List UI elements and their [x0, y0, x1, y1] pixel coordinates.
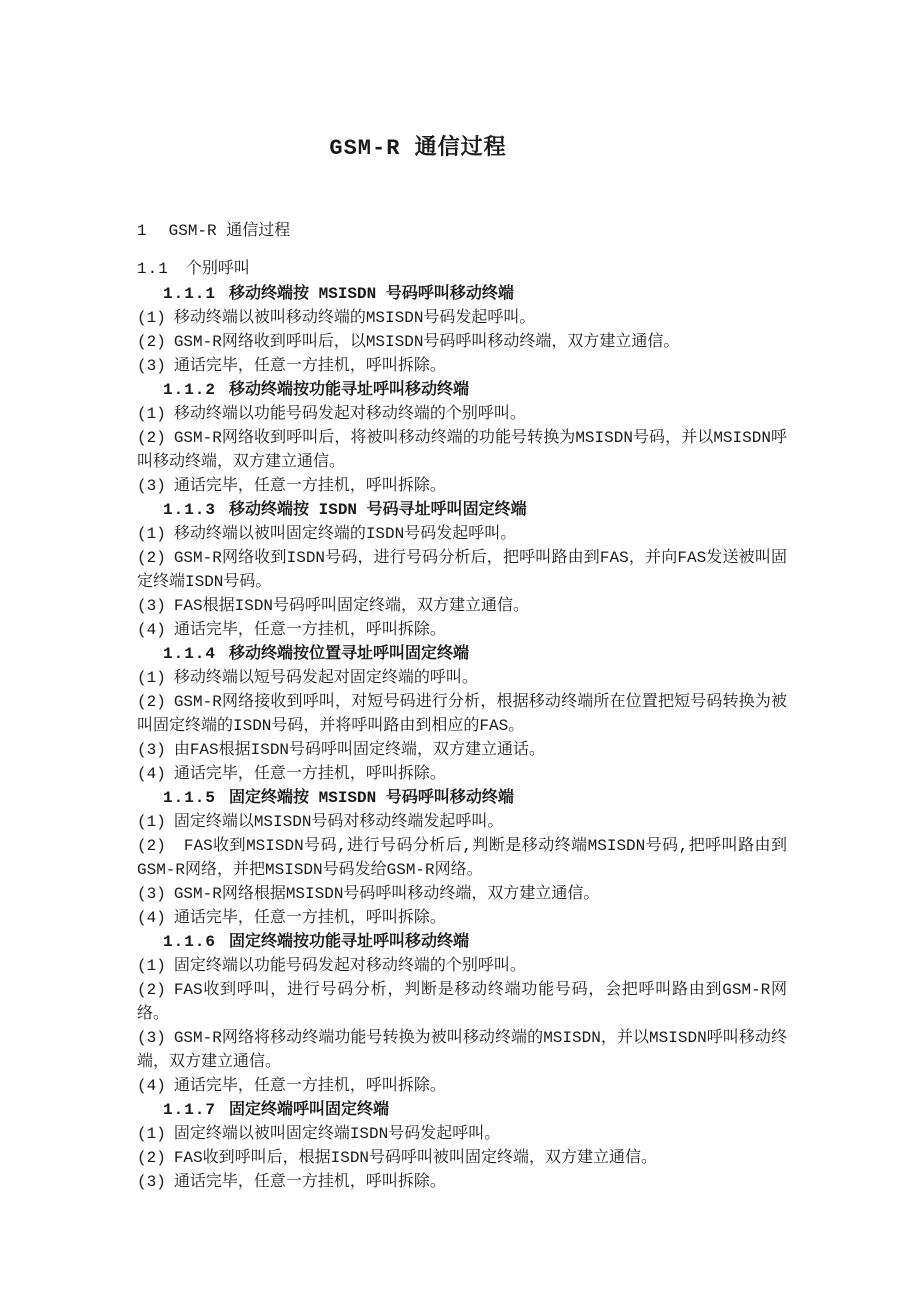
step: (1)移动终端以短号码发起对固定终端的呼叫。: [137, 666, 787, 690]
subsection-number: 1.1.1: [163, 285, 216, 303]
step: (2)GSM-R网络接收到呼叫，对短号码进行分析，根据移动终端所在位置把短号码转…: [137, 690, 787, 738]
step-label: (3): [137, 885, 166, 903]
step: (1)固定终端以功能号码发起对移动终端的个别呼叫。: [137, 954, 787, 978]
step: (3)FAS根据ISDN号码呼叫固定终端，双方建立通信。: [137, 594, 787, 618]
subsection-title: 固定终端呼叫固定终端: [229, 1101, 389, 1119]
step-text: GSM-R网络根据MSISDN号码呼叫移动终端，双方建立通信。: [174, 885, 600, 903]
subsection-heading: 1.1.3移动终端按 ISDN 号码寻址呼叫固定终端: [137, 498, 787, 522]
subsection-title: 移动终端按位置寻址呼叫固定终端: [229, 645, 469, 663]
step: (1)移动终端以被叫移动终端的MSISDN号码发起呼叫。: [137, 306, 787, 330]
step: (3)通话完毕，任意一方挂机，呼叫拆除。: [137, 1170, 787, 1194]
step: (2)GSM-R网络收到ISDN号码，进行号码分析后，把呼叫路由到FAS，并向F…: [137, 546, 787, 594]
subsection-title: 固定终端按功能寻址呼叫移动终端: [229, 933, 469, 951]
step-text: 通话完毕，任意一方挂机，呼叫拆除。: [174, 1173, 446, 1191]
step-text: 移动终端以被叫移动终端的MSISDN号码发起呼叫。: [174, 309, 536, 327]
step-label: (2): [137, 693, 166, 711]
subsection-heading: 1.1.1移动终端按 MSISDN 号码呼叫移动终端: [137, 282, 787, 306]
subsection-1-1-6: 1.1.6固定终端按功能寻址呼叫移动终端 (1)固定终端以功能号码发起对移动终端…: [137, 930, 787, 1098]
step: (3)GSM-R网络将移动终端功能号转换为被叫移动终端的MSISDN，并以MSI…: [137, 1026, 787, 1074]
step-label: (1): [137, 405, 166, 423]
step-label: (1): [137, 957, 166, 975]
step-label: (3): [137, 741, 166, 759]
step-text: 通话完毕，任意一方挂机，呼叫拆除。: [174, 477, 446, 495]
document-title: GSM-R 通信过程: [137, 136, 699, 162]
step: (2)GSM-R网络收到呼叫后，将被叫移动终端的功能号转换为MSISDN号码，并…: [137, 426, 787, 474]
step-label: (2): [137, 981, 166, 999]
subsection-heading: 1.1.4移动终端按位置寻址呼叫固定终端: [137, 642, 787, 666]
step: (2) FAS收到MSISDN号码,进行号码分析后,判断是移动终端MSISDN号…: [137, 834, 787, 882]
step-label: (3): [137, 597, 166, 615]
step: (4)通话完毕，任意一方挂机，呼叫拆除。: [137, 1074, 787, 1098]
step-label: (4): [137, 621, 166, 639]
subsection-1-1-3: 1.1.3移动终端按 ISDN 号码寻址呼叫固定终端 (1)移动终端以被叫固定终…: [137, 498, 787, 642]
step-label: (4): [137, 1077, 166, 1095]
step-label: (2): [137, 549, 166, 567]
step-text: 通话完毕，任意一方挂机，呼叫拆除。: [174, 765, 446, 783]
step-label: (4): [137, 765, 166, 783]
subsection-number: 1.1.3: [163, 501, 216, 519]
step: (2)GSM-R网络收到呼叫后，以MSISDN号码呼叫移动终端，双方建立通信。: [137, 330, 787, 354]
step: (1)移动终端以被叫固定终端的ISDN号码发起呼叫。: [137, 522, 787, 546]
subsection-title: 移动终端按 MSISDN 号码呼叫移动终端: [229, 285, 514, 303]
step-text: GSM-R网络将移动终端功能号转换为被叫移动终端的MSISDN，并以MSISDN…: [137, 1029, 787, 1071]
subsection-number: 1.1.6: [163, 933, 216, 951]
step: (3)通话完毕，任意一方挂机，呼叫拆除。: [137, 354, 787, 378]
step-label: (2): [137, 1149, 166, 1167]
step-text: GSM-R网络收到呼叫后，以MSISDN号码呼叫移动终端，双方建立通信。: [174, 333, 680, 351]
subsection-heading: 1.1.6固定终端按功能寻址呼叫移动终端: [137, 930, 787, 954]
step-text: 通话完毕，任意一方挂机，呼叫拆除。: [174, 1077, 446, 1095]
step-text: 通话完毕，任意一方挂机，呼叫拆除。: [174, 621, 446, 639]
subsection-title: 移动终端按 ISDN 号码寻址呼叫固定终端: [229, 501, 527, 519]
step-label: (1): [137, 669, 166, 687]
subsection-1-1-7: 1.1.7固定终端呼叫固定终端 (1)固定终端以被叫固定终端ISDN号码发起呼叫…: [137, 1098, 787, 1194]
step: (1)固定终端以被叫固定终端ISDN号码发起呼叫。: [137, 1122, 787, 1146]
step: (4)通话完毕，任意一方挂机，呼叫拆除。: [137, 906, 787, 930]
step-text: 通话完毕，任意一方挂机，呼叫拆除。: [174, 909, 446, 927]
subsection-title: 固定终端按 MSISDN 号码呼叫移动终端: [229, 789, 514, 807]
step-text: 由FAS根据ISDN号码呼叫固定终端，双方建立通话。: [174, 741, 545, 759]
step-text: 移动终端以功能号码发起对移动终端的个别呼叫。: [174, 405, 526, 423]
step-text: 固定终端以功能号码发起对移动终端的个别呼叫。: [174, 957, 526, 975]
step: (3)GSM-R网络根据MSISDN号码呼叫移动终端，双方建立通信。: [137, 882, 787, 906]
step-text: 固定终端以MSISDN号码对移动终端发起呼叫。: [174, 813, 504, 831]
step-label: (2): [137, 837, 166, 855]
chapter-title: GSM-R 通信过程: [169, 222, 291, 240]
step-text: GSM-R网络收到呼叫后，将被叫移动终端的功能号转换为MSISDN号码，并以MS…: [137, 429, 787, 471]
step-text: 移动终端以短号码发起对固定终端的呼叫。: [174, 669, 478, 687]
step-label: (3): [137, 1173, 166, 1191]
subsection-heading: 1.1.5固定终端按 MSISDN 号码呼叫移动终端: [137, 786, 787, 810]
step: (1)固定终端以MSISDN号码对移动终端发起呼叫。: [137, 810, 787, 834]
step: (4)通话完毕，任意一方挂机，呼叫拆除。: [137, 762, 787, 786]
subsection-number: 1.1.7: [163, 1101, 216, 1119]
step-text: FAS收到呼叫后，根据ISDN号码呼叫被叫固定终端，双方建立通信。: [174, 1149, 657, 1167]
subsection-heading: 1.1.2移动终端按功能寻址呼叫移动终端: [137, 378, 787, 402]
step: (1)移动终端以功能号码发起对移动终端的个别呼叫。: [137, 402, 787, 426]
step-text: GSM-R网络收到ISDN号码，进行号码分析后，把呼叫路由到FAS，并向FAS发…: [137, 549, 787, 591]
step-label: (2): [137, 429, 166, 447]
subsection-heading: 1.1.7固定终端呼叫固定终端: [137, 1098, 787, 1122]
step-label: (3): [137, 357, 166, 375]
document-page: GSM-R 通信过程 1GSM-R 通信过程 1.1个别呼叫 1.1.1移动终端…: [0, 0, 920, 1302]
step-text: GSM-R网络接收到呼叫，对短号码进行分析，根据移动终端所在位置把短号码转换为被…: [137, 693, 787, 735]
chapter-number: 1: [137, 222, 148, 240]
step: (4)通话完毕，任意一方挂机，呼叫拆除。: [137, 618, 787, 642]
subsection-1-1-2: 1.1.2移动终端按功能寻址呼叫移动终端 (1)移动终端以功能号码发起对移动终端…: [137, 378, 787, 498]
step-label: (3): [137, 1029, 166, 1047]
chapter-heading: 1GSM-R 通信过程: [137, 219, 787, 244]
step-text: 通话完毕，任意一方挂机，呼叫拆除。: [174, 357, 446, 375]
step-text: FAS收到MSISDN号码,进行号码分析后,判断是移动终端MSISDN号码,把呼…: [137, 837, 787, 879]
step-text: FAS根据ISDN号码呼叫固定终端，双方建立通信。: [174, 597, 529, 615]
step-label: (4): [137, 909, 166, 927]
step-text: 移动终端以被叫固定终端的ISDN号码发起呼叫。: [174, 525, 516, 543]
step: (2)FAS收到呼叫，进行号码分析，判断是移动终端功能号码，会把呼叫路由到GSM…: [137, 978, 787, 1026]
subsection-1-1-4: 1.1.4移动终端按位置寻址呼叫固定终端 (1)移动终端以短号码发起对固定终端的…: [137, 642, 787, 786]
section-heading: 1.1个别呼叫: [137, 257, 787, 282]
step-label: (3): [137, 477, 166, 495]
subsection-1-1-1: 1.1.1移动终端按 MSISDN 号码呼叫移动终端 (1)移动终端以被叫移动终…: [137, 282, 787, 378]
step-label: (2): [137, 333, 166, 351]
step-label: (1): [137, 309, 166, 327]
step: (3)通话完毕，任意一方挂机，呼叫拆除。: [137, 474, 787, 498]
subsection-title: 移动终端按功能寻址呼叫移动终端: [229, 381, 469, 399]
subsection-number: 1.1.5: [163, 789, 216, 807]
section-number: 1.1: [137, 260, 169, 278]
step: (3)由FAS根据ISDN号码呼叫固定终端，双方建立通话。: [137, 738, 787, 762]
step-text: FAS收到呼叫，进行号码分析，判断是移动终端功能号码，会把呼叫路由到GSM-R网…: [137, 981, 787, 1023]
step-label: (1): [137, 813, 166, 831]
step-text: 固定终端以被叫固定终端ISDN号码发起呼叫。: [174, 1125, 500, 1143]
step-label: (1): [137, 525, 166, 543]
subsection-number: 1.1.2: [163, 381, 216, 399]
subsection-number: 1.1.4: [163, 645, 216, 663]
step: (2)FAS收到呼叫后，根据ISDN号码呼叫被叫固定终端，双方建立通信。: [137, 1146, 787, 1170]
subsection-1-1-5: 1.1.5固定终端按 MSISDN 号码呼叫移动终端 (1)固定终端以MSISD…: [137, 786, 787, 930]
step-label: (1): [137, 1125, 166, 1143]
section-title: 个别呼叫: [186, 260, 250, 278]
